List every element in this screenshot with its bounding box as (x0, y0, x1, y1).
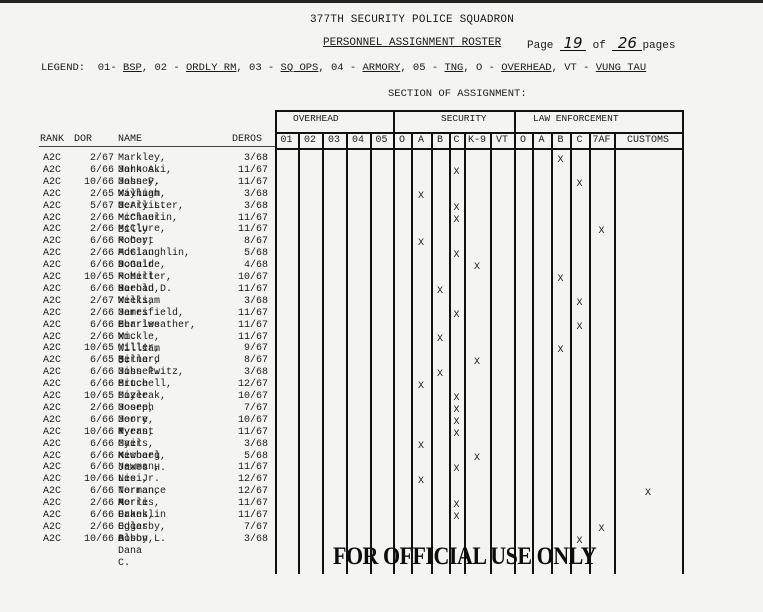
dor-cell: 2/66 (74, 522, 114, 534)
rank-cell: A2C (43, 165, 61, 177)
assignment-mark: X (469, 453, 485, 464)
rank-cell: A2C (43, 284, 61, 296)
deros-cell: 3/68 (230, 153, 268, 165)
assignment-mark: X (553, 274, 569, 285)
grid-column-line (614, 132, 616, 574)
dor-cell: 2/66 (74, 403, 114, 415)
subcolumn-label: 02 (299, 135, 321, 146)
dor-cell: 6/66 (74, 367, 114, 379)
assignment-mark: X (432, 286, 448, 297)
section-title: SECTION OF ASSIGNMENT: (388, 88, 527, 100)
assignment-mark: X (413, 441, 429, 452)
subcolumn-label: K-9 (465, 135, 489, 146)
deros-cell: 10/67 (230, 391, 268, 403)
grid-column-line (682, 110, 684, 574)
dor-cell: 10/66 (74, 474, 114, 486)
assignment-mark: X (449, 512, 465, 523)
dor-cell: 2/66 (74, 498, 114, 510)
rank-cell: A2C (43, 534, 61, 546)
legend-code: O - (476, 62, 495, 74)
deros-cell: 3/68 (230, 296, 268, 308)
dor-cell: 6/66 (74, 451, 114, 463)
assignment-mark: X (572, 298, 588, 309)
subcolumn-label: C (450, 135, 463, 146)
dor-cell: 6/66 (74, 260, 114, 272)
legend-code: 01- (98, 62, 117, 74)
rank-cell: A2C (43, 201, 61, 213)
legend-name: TNG (444, 62, 463, 74)
dor-cell: 6/66 (74, 510, 114, 522)
legend-name: OVERHEAD (501, 62, 551, 74)
col-deros: DEROS (232, 134, 262, 145)
legend: LEGEND: 01- BSP, 02 - ORDLY RM, 03 - SQ … (41, 62, 646, 74)
page-indicator: Page 19 of 26pages (527, 37, 675, 52)
dor-cell: 6/66 (74, 415, 114, 427)
legend-name: SQ OPS (281, 62, 319, 74)
deros-cell: 11/67 (230, 308, 268, 320)
dor-cell: 6/65 (74, 355, 114, 367)
rank-cell: A2C (43, 224, 61, 236)
subcolumn-label: A (533, 135, 550, 146)
deros-cell: 11/67 (230, 284, 268, 296)
deros-cell: 11/67 (230, 224, 268, 236)
dor-cell: 6/66 (74, 462, 114, 474)
legend-name: BSP (123, 62, 142, 74)
assignment-mark: X (432, 334, 448, 345)
grid-column-line (431, 132, 433, 574)
deros-cell: 11/67 (230, 320, 268, 332)
legend-name: ORDLY RM (186, 62, 236, 74)
rank-cell: A2C (43, 427, 61, 439)
subcolumn-label: 01 (276, 135, 297, 146)
subcolumn-label: B (552, 135, 569, 146)
grid-column-line (346, 132, 348, 574)
rank-cell: A2C (43, 462, 61, 474)
assignment-mark: X (594, 524, 610, 535)
legend-code: VT - (564, 62, 589, 74)
dor-cell: 2/65 (74, 189, 114, 201)
deros-cell: 10/67 (230, 415, 268, 427)
rank-cell: A2C (43, 153, 61, 165)
grid-column-line (490, 132, 492, 574)
roster-title: PERSONNEL ASSIGNMENT ROSTER (323, 37, 501, 49)
rank-cell: A2C (43, 486, 61, 498)
rank-cell: A2C (43, 272, 61, 284)
rank-cell: A2C (43, 379, 61, 391)
dor-cell: 10/66 (74, 427, 114, 439)
legend-code: 04 - (331, 62, 356, 74)
deros-cell: 11/67 (230, 177, 268, 189)
deros-cell: 5/68 (230, 248, 268, 260)
assignment-mark: X (449, 250, 465, 261)
assignment-mark: X (449, 464, 465, 475)
group-label-overhead: OVERHEAD (293, 113, 339, 124)
subcolumn-label: C (571, 135, 588, 146)
grid-subheader-line (275, 132, 682, 134)
deros-cell: 11/67 (230, 462, 268, 474)
rank-cell: A2C (43, 296, 61, 308)
assignment-grid: OVERHEADSECURITYLAW ENFORCEMENT010203040… (275, 110, 682, 574)
header-underline (39, 146, 275, 147)
deros-cell: 11/67 (230, 165, 268, 177)
assignment-mark: X (449, 215, 465, 226)
rank-cell: A2C (43, 332, 61, 344)
rank-cell: A2C (43, 403, 61, 415)
name-cell: Olson, Dana C. (118, 534, 154, 570)
deros-cell: 3/68 (230, 189, 268, 201)
rank-cell: A2C (43, 308, 61, 320)
assignment-mark: X (449, 167, 465, 178)
deros-cell: 8/67 (230, 236, 268, 248)
rank-cell: A2C (43, 260, 61, 272)
legend-code: 05 - (413, 62, 438, 74)
assignment-mark: X (449, 203, 465, 214)
dor-cell: 10/65 (74, 391, 114, 403)
deros-cell: 7/67 (230, 522, 268, 534)
dor-cell: 6/66 (74, 165, 114, 177)
subcolumn-label: 04 (347, 135, 369, 146)
rank-cell: A2C (43, 451, 61, 463)
rank-cell: A2C (43, 367, 61, 379)
deros-cell: 3/68 (230, 439, 268, 451)
assignment-mark: X (449, 417, 465, 428)
legend-name: VUNG TAU (596, 62, 646, 74)
col-name: NAME (118, 134, 142, 145)
grid-column-line (370, 132, 372, 574)
dor-cell: 2/67 (74, 296, 114, 308)
rank-cell: A2C (43, 522, 61, 534)
rank-cell: A2C (43, 355, 61, 367)
deros-cell: 12/67 (230, 486, 268, 498)
grid-column-line (532, 132, 534, 574)
dor-cell: 10/66 (74, 534, 114, 546)
page-total: 26 (612, 37, 642, 51)
assignment-mark: X (640, 488, 656, 499)
group-label-security: SECURITY (441, 113, 487, 124)
assignment-mark: X (413, 238, 429, 249)
dor-cell: 6/66 (74, 486, 114, 498)
rank-cell: A2C (43, 343, 61, 355)
dor-cell: 2/66 (74, 332, 114, 344)
assignment-mark: X (572, 322, 588, 333)
assignment-mark: X (469, 357, 485, 368)
assignment-mark: X (449, 500, 465, 511)
dor-cell: 5/67 (74, 201, 114, 213)
dor-cell: 6/66 (74, 236, 114, 248)
rank-cell: A2C (43, 177, 61, 189)
deros-cell: 12/67 (230, 379, 268, 391)
roster-page: 377TH SECURITY POLICE SQUADRON PERSONNEL… (0, 0, 763, 612)
dor-cell: 2/67 (74, 153, 114, 165)
assignment-mark: X (449, 405, 465, 416)
deros-cell: 3/68 (230, 534, 268, 546)
rank-cell: A2C (43, 320, 61, 332)
assignment-mark: X (553, 155, 569, 166)
legend-code: 03 - (249, 62, 274, 74)
dor-cell: 6/66 (74, 284, 114, 296)
rank-cell: A2C (43, 510, 61, 522)
assignment-mark: X (572, 179, 588, 190)
official-use-stamp: FOR OFFICIAL USE ONLY (333, 541, 596, 571)
deros-cell: 10/67 (230, 272, 268, 284)
dor-cell: 2/66 (74, 224, 114, 236)
dor-cell: 6/66 (74, 379, 114, 391)
group-label-law-enforcement: LAW ENFORCEMENT (533, 113, 619, 124)
deros-cell: 8/67 (230, 355, 268, 367)
deros-cell: 11/67 (230, 332, 268, 344)
assignment-mark: X (449, 393, 465, 404)
deros-cell: 11/67 (230, 213, 268, 225)
subcolumn-label: CUSTOMS (615, 135, 681, 146)
subcolumn-label: 05 (371, 135, 392, 146)
grid-column-line (275, 110, 277, 574)
rank-cell: A2C (43, 189, 61, 201)
assignment-mark: X (413, 476, 429, 487)
subcolumn-label: B (432, 135, 448, 146)
assignment-mark: X (469, 262, 485, 273)
grid-top-line (275, 110, 682, 112)
grid-header-bottom-line (275, 148, 682, 150)
deros-cell: 11/67 (230, 427, 268, 439)
grid-column-line (393, 110, 395, 574)
col-dor: DOR (74, 134, 92, 145)
dor-cell: 2/66 (74, 248, 114, 260)
unit-title: 377TH SECURITY POLICE SQUADRON (310, 14, 514, 26)
subcolumn-label: 03 (323, 135, 345, 146)
rank-cell: A2C (43, 391, 61, 403)
col-rank: RANK (40, 134, 64, 145)
rank-cell: A2C (43, 498, 61, 510)
assignment-mark: X (413, 381, 429, 392)
grid-column-line (589, 132, 591, 574)
rank-cell: A2C (43, 248, 61, 260)
deros-cell: 11/67 (230, 510, 268, 522)
deros-cell: 9/67 (230, 343, 268, 355)
grid-column-line (298, 132, 300, 574)
assignment-mark: X (594, 226, 610, 237)
assignment-mark: X (449, 429, 465, 440)
assignment-mark: X (449, 310, 465, 321)
legend-label: LEGEND: (41, 62, 85, 74)
grid-column-line (322, 132, 324, 574)
rank-cell: A2C (43, 213, 61, 225)
subcolumn-label: O (515, 135, 531, 146)
grid-column-line (570, 132, 572, 574)
dor-cell: 10/65 (74, 272, 114, 284)
page-suffix: pages (642, 40, 675, 52)
subcolumn-label: A (412, 135, 430, 146)
dor-cell: 2/66 (74, 308, 114, 320)
deros-cell: 3/68 (230, 201, 268, 213)
deros-cell: 3/68 (230, 367, 268, 379)
dor-cell: 6/66 (74, 439, 114, 451)
assignment-mark: X (413, 191, 429, 202)
page-prefix: Page (527, 40, 553, 52)
deros-cell: 5/68 (230, 451, 268, 463)
subcolumn-label: 7AF (590, 135, 613, 146)
grid-column-line (514, 110, 516, 574)
dor-cell: 10/66 (74, 177, 114, 189)
assignment-mark: X (553, 345, 569, 356)
dor-cell: 6/66 (74, 320, 114, 332)
deros-cell: 4/68 (230, 260, 268, 272)
scan-edge (0, 0, 763, 3)
legend-name: ARMORY (363, 62, 401, 74)
rank-cell: A2C (43, 439, 61, 451)
deros-cell: 12/67 (230, 474, 268, 486)
dor-cell: 2/66 (74, 213, 114, 225)
subcolumn-label: VT (491, 135, 513, 146)
legend-code: 02 - (154, 62, 179, 74)
subcolumn-label: O (394, 135, 410, 146)
assignment-mark: X (432, 369, 448, 380)
deros-cell: 11/67 (230, 498, 268, 510)
page-of: of (593, 40, 606, 52)
deros-cell: 7/67 (230, 403, 268, 415)
rank-cell: A2C (43, 474, 61, 486)
dor-cell: 10/65 (74, 343, 114, 355)
rank-cell: A2C (43, 415, 61, 427)
rank-cell: A2C (43, 236, 61, 248)
page-number: 19 (560, 37, 586, 51)
